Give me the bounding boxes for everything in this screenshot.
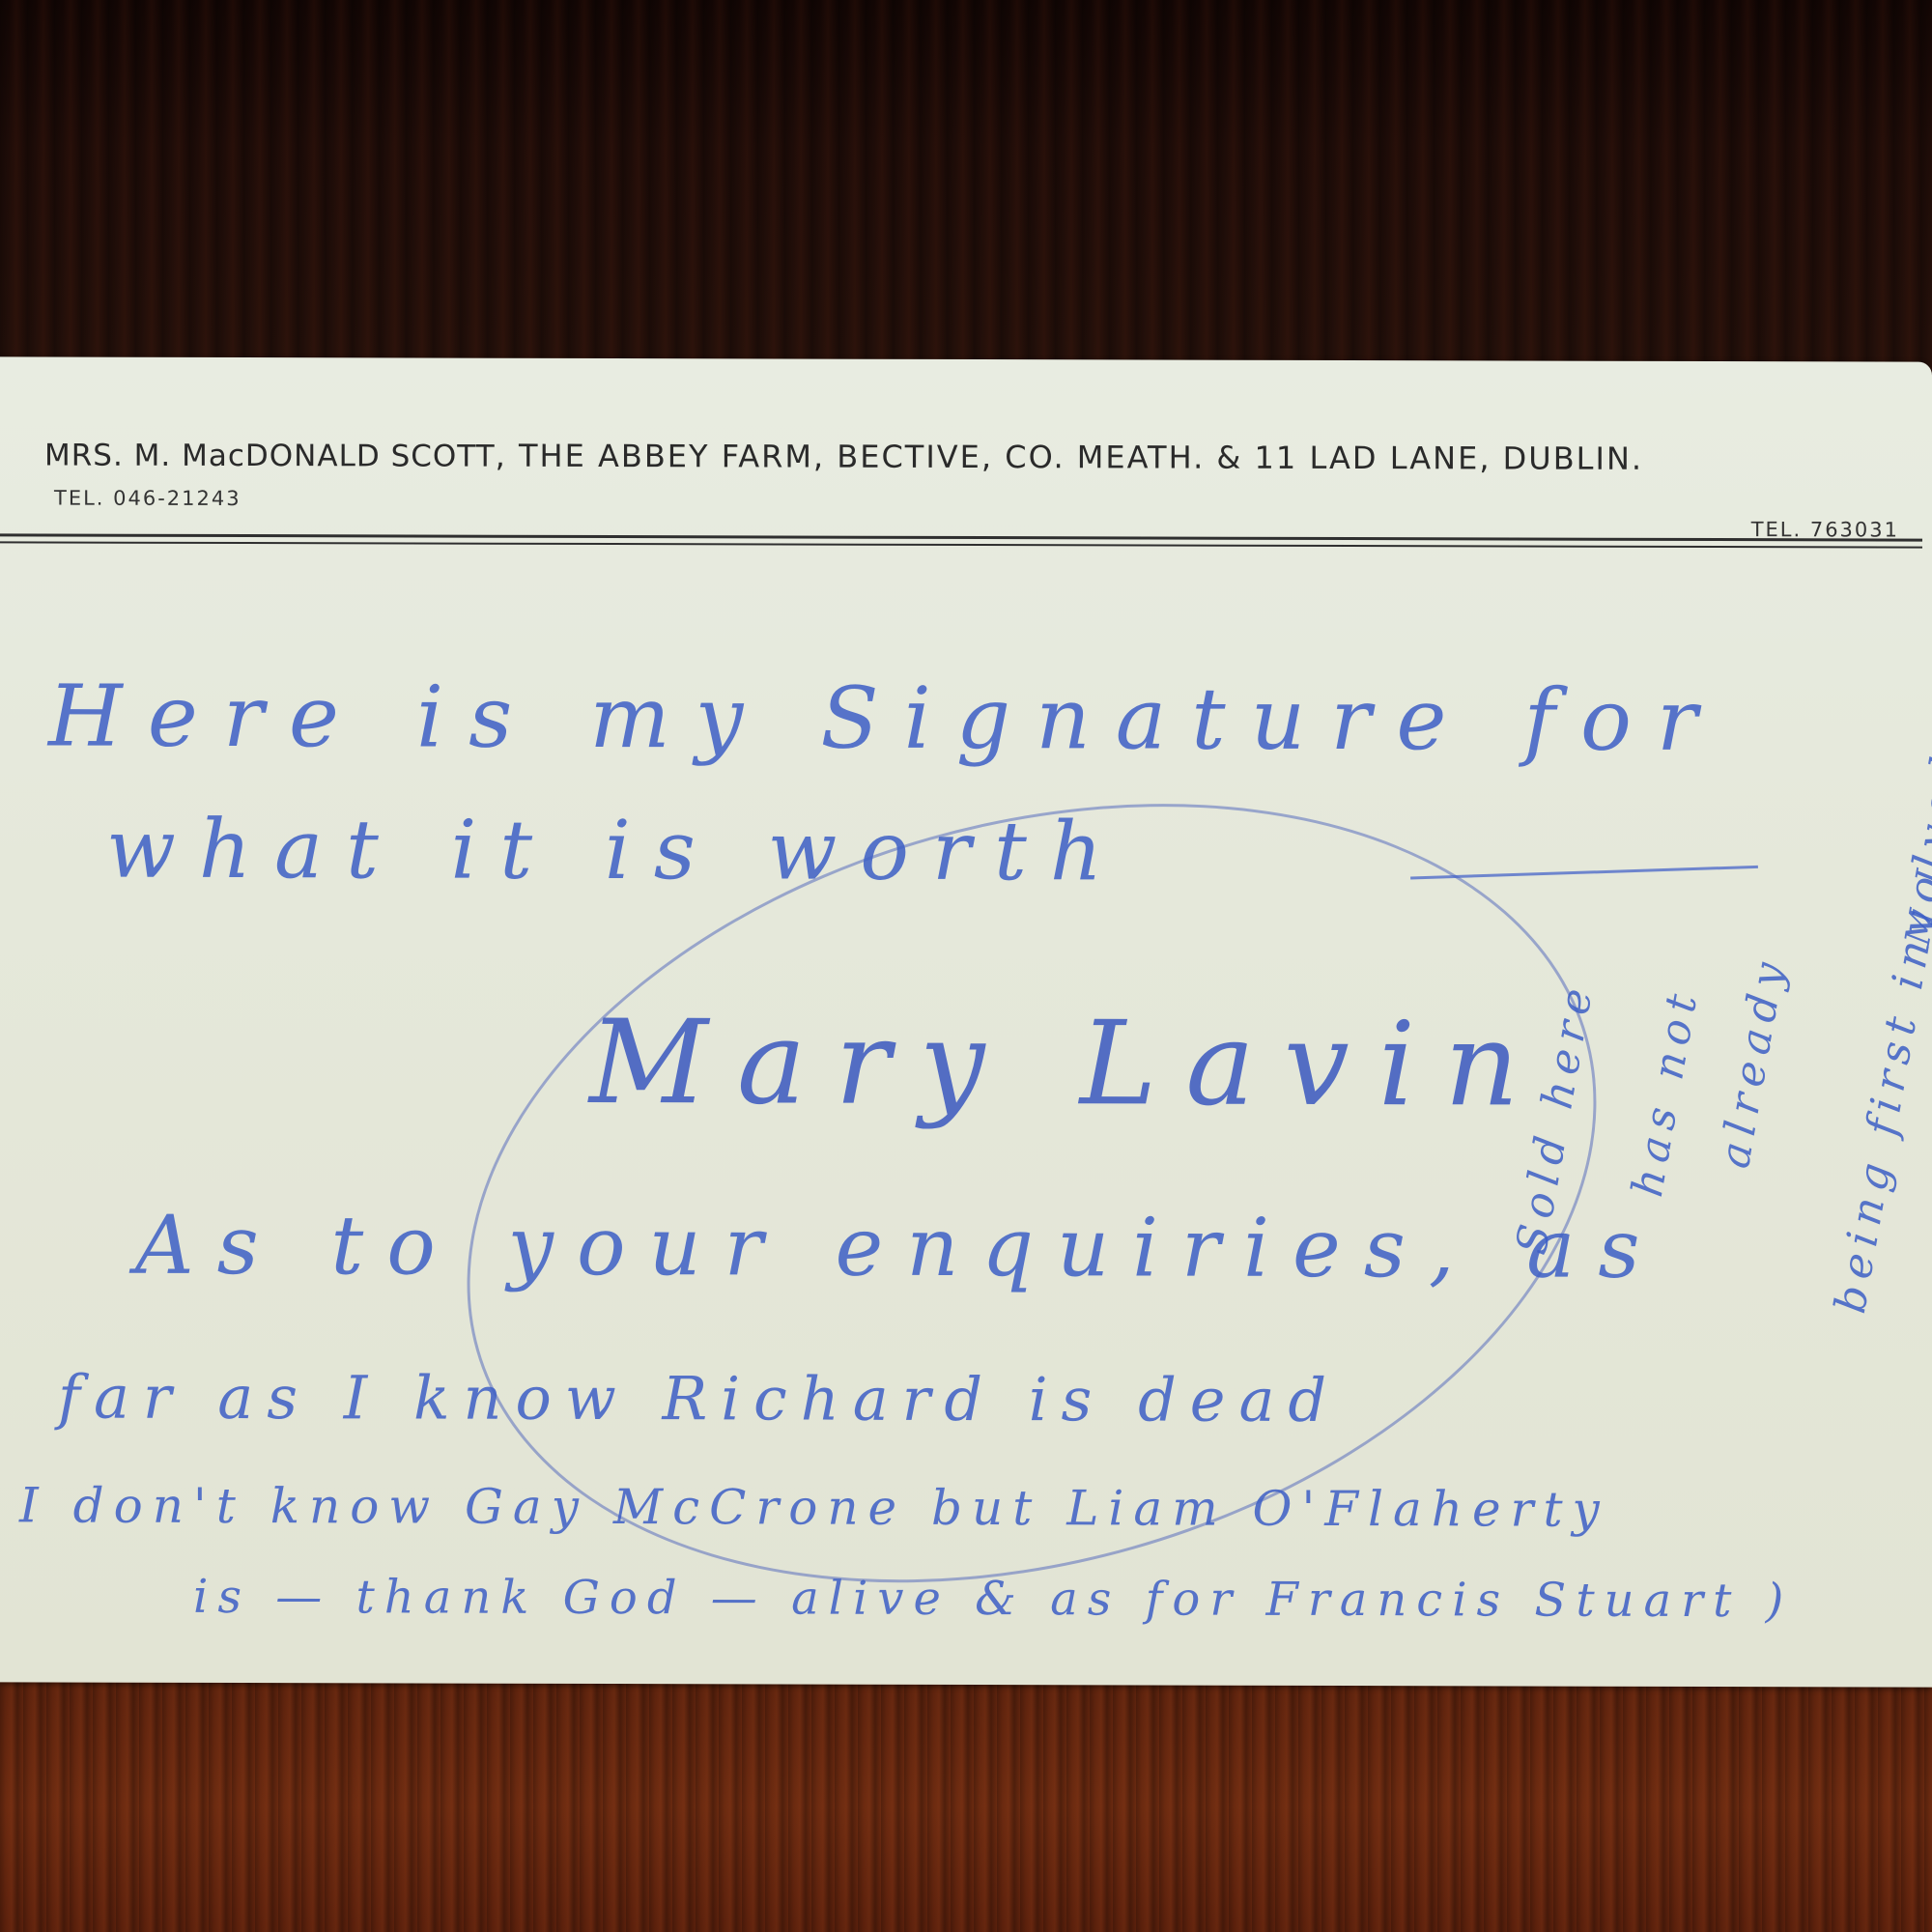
margin-note-4: being first involved	[1826, 746, 1932, 1317]
wood-surface-bottom	[0, 1681, 1932, 1932]
margin-note-2: has not	[1623, 983, 1708, 1201]
handwritten-line-4: far as I know Richard is dead	[58, 1362, 1340, 1435]
letterhead: MRS. M. MacDONALD SCOTT, THE ABBEY FARM,…	[44, 437, 1909, 478]
handwritten-line-2: what it is worth	[106, 802, 1125, 899]
handwritten-line-1: Here is my Signature for	[48, 667, 1722, 771]
handwritten-line-5: I don't know Gay McCrone but Liam O'Flah…	[19, 1477, 1609, 1537]
letterhead-name: MRS. M. MacDONALD SCOTT	[44, 439, 496, 474]
handwritten-line-3: As to your enquiries, as	[135, 1198, 1662, 1296]
letterhead-line: MRS. M. MacDONALD SCOTT, THE ABBEY FARM,…	[44, 437, 1909, 478]
margin-note-3: already	[1710, 952, 1796, 1172]
letterhead-address: , THE ABBEY FARM, BECTIVE, CO. MEATH. & …	[496, 438, 1643, 477]
handwritten-line-6: is — thank God — alive & as for Francis …	[193, 1570, 1793, 1628]
wood-surface-top	[0, 0, 1932, 367]
ink-strike-line	[1410, 866, 1758, 880]
letterhead-rule-thick	[0, 533, 1922, 541]
note-card: MRS. M. MacDONALD SCOTT, THE ABBEY FARM,…	[0, 356, 1932, 1687]
letterhead-rule-thin	[0, 541, 1922, 548]
signature: Mary Lavin	[589, 996, 1548, 1133]
telephone-left: TEL. 046-21243	[54, 487, 241, 511]
